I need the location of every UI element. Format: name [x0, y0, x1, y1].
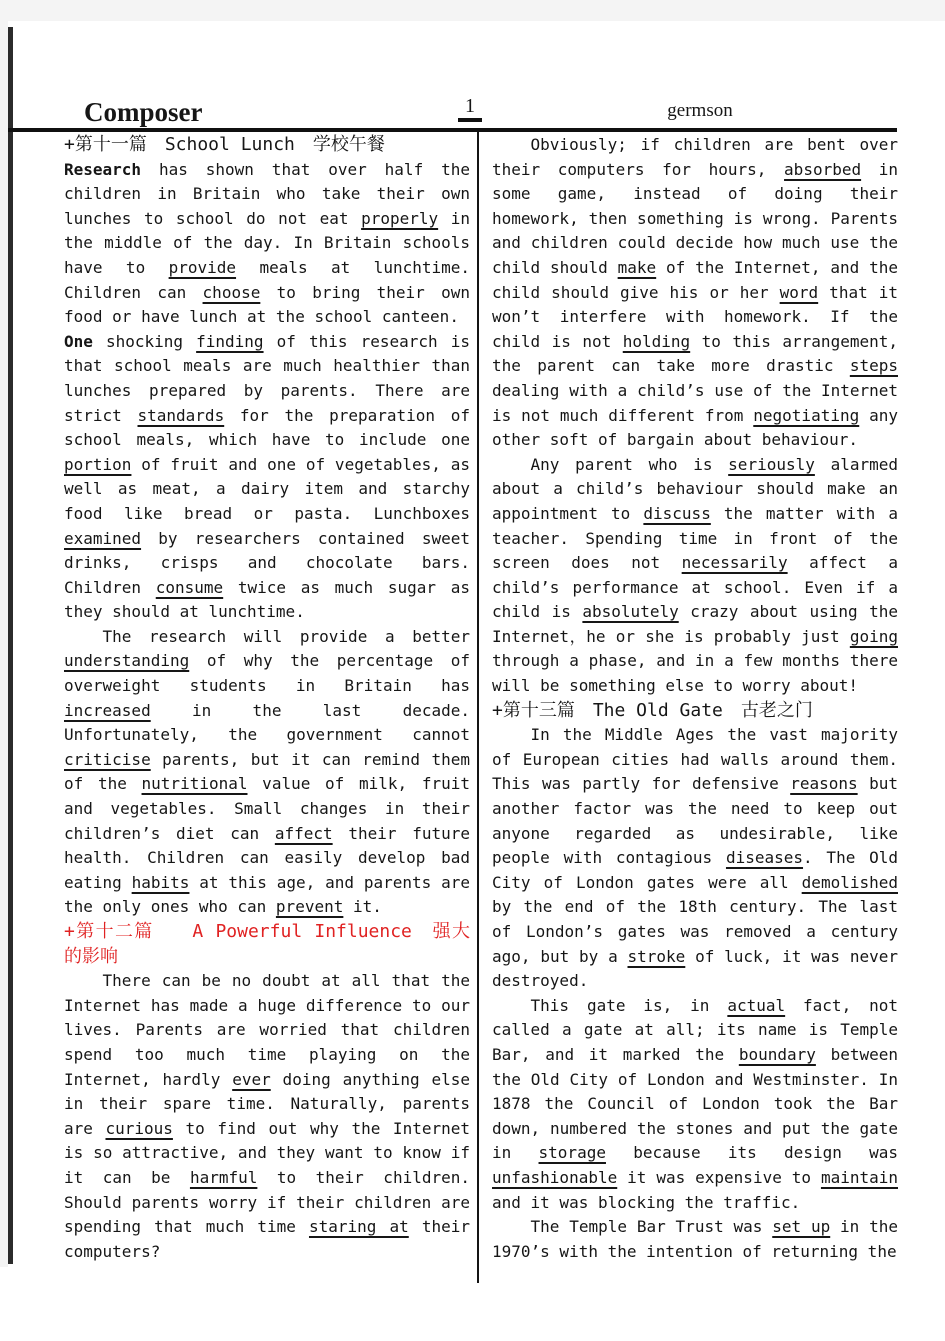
text-segment: through a phase, and in a few months the… [492, 651, 898, 695]
vocab-underlined: standards [138, 406, 225, 425]
text-segment: Research [64, 160, 141, 179]
vocab-underlined: affect [275, 824, 333, 843]
vocab-underlined: unfashionable [492, 1168, 617, 1187]
vocab-underlined: provide [169, 258, 236, 277]
vocab-underlined: habits [132, 873, 190, 892]
paragraph: Obviously; if children are bent over the… [492, 133, 898, 453]
document-page: Composer 1 germson +第十一篇 School Lunch 学校… [0, 0, 945, 1341]
page-number-value: 1 [458, 95, 482, 122]
text-segment: +第十三篇 The Old Gate 古老之门 [492, 700, 813, 721]
vocab-underlined: set up [772, 1217, 830, 1236]
vocab-underlined: reasons [790, 774, 857, 793]
vocab-underlined: maintain [821, 1168, 898, 1187]
header-author: germson [640, 100, 760, 122]
text-segment: The Temple Bar Trust was [531, 1217, 773, 1236]
vocab-underlined: steps [850, 356, 898, 375]
vocab-underlined: going [850, 627, 898, 646]
paragraph: The Temple Bar Trust was set up in the 1… [492, 1215, 898, 1264]
vocab-underlined: prevent [276, 897, 343, 916]
text-segment: it. [343, 897, 382, 916]
vocab-underlined: ever [232, 1070, 271, 1089]
column-divider [477, 132, 479, 1283]
vocab-underlined: negotiating [753, 406, 859, 425]
header-title: Composer [84, 97, 202, 128]
text-segment: it was expensive to [617, 1168, 821, 1187]
vocab-underlined: absorbed [784, 160, 861, 179]
text-segment: shocking [93, 332, 196, 351]
vocab-underlined: properly [361, 209, 438, 228]
vocab-underlined: choose [203, 283, 261, 302]
page-margin-top [0, 0, 945, 21]
vocab-underlined: curious [105, 1119, 172, 1138]
header-rule [8, 128, 897, 132]
paragraph: Research has shown that over half the ch… [64, 158, 470, 330]
vocab-underlined: staring at [309, 1217, 409, 1236]
paragraph: This gate is, in actual fact, not called… [492, 994, 898, 1215]
paragraph: One shocking finding of this research is… [64, 330, 470, 625]
vocab-underlined: boundary [739, 1045, 816, 1064]
vocab-underlined: stroke [628, 947, 686, 966]
text-segment: Any parent who is [531, 455, 729, 474]
vocab-underlined: actual [727, 996, 785, 1015]
vocab-underlined: portion [64, 455, 131, 474]
page-edge-bar [8, 27, 13, 1264]
text-segment: This gate is, in [531, 996, 728, 1015]
vocab-underlined: consume [156, 578, 223, 597]
page-number: 1 [448, 95, 492, 122]
vocab-underlined: word [780, 283, 819, 302]
paragraph: The research will provide a better under… [64, 625, 470, 920]
paragraph: There can be no doubt at all that the In… [64, 969, 470, 1264]
vocab-underlined: holding [623, 332, 690, 351]
vocab-underlined: nutritional [142, 774, 248, 793]
text-segment: +第十二篇 A Powerful Influence 强大的影响 [64, 921, 470, 967]
vocab-underlined: increased [64, 701, 151, 720]
vocab-underlined: discuss [643, 504, 710, 523]
vocab-underlined: seriously [728, 455, 815, 474]
text-segment: The research will provide a better [103, 627, 470, 646]
vocab-underlined: demolished [802, 873, 898, 892]
vocab-underlined: criticise [64, 750, 151, 769]
left-column: +第十一篇 School Lunch 学校午餐Research has show… [64, 133, 470, 1264]
vocab-underlined: diseases [726, 848, 803, 867]
vocab-underlined: storage [539, 1143, 606, 1162]
vocab-underlined: examined [64, 529, 141, 548]
vocab-underlined: necessarily [682, 553, 788, 572]
section-title: +第十二篇 A Powerful Influence 强大的影响 [64, 920, 470, 969]
section-title: +第十三篇 The Old Gate 古老之门 [492, 699, 898, 724]
vocab-underlined: make [618, 258, 657, 277]
text-segment: One [64, 332, 93, 351]
paragraph: Any parent who is seriously alarmed abou… [492, 453, 898, 699]
text-segment: because its design was [606, 1143, 898, 1162]
page-margin-left [0, 21, 8, 1267]
vocab-underlined: harmful [190, 1168, 257, 1187]
vocab-underlined: finding [196, 332, 263, 351]
text-segment: +第十一篇 School Lunch 学校午餐 [64, 134, 385, 155]
right-column: Obviously; if children are bent over the… [492, 133, 898, 1264]
paragraph: In the Middle Ages the vast majority of … [492, 723, 898, 994]
vocab-underlined: understanding [64, 651, 189, 670]
section-title: +第十一篇 School Lunch 学校午餐 [64, 133, 470, 158]
vocab-underlined: absolutely [582, 602, 678, 621]
text-segment: and it was blocking the traffic. [492, 1193, 800, 1212]
